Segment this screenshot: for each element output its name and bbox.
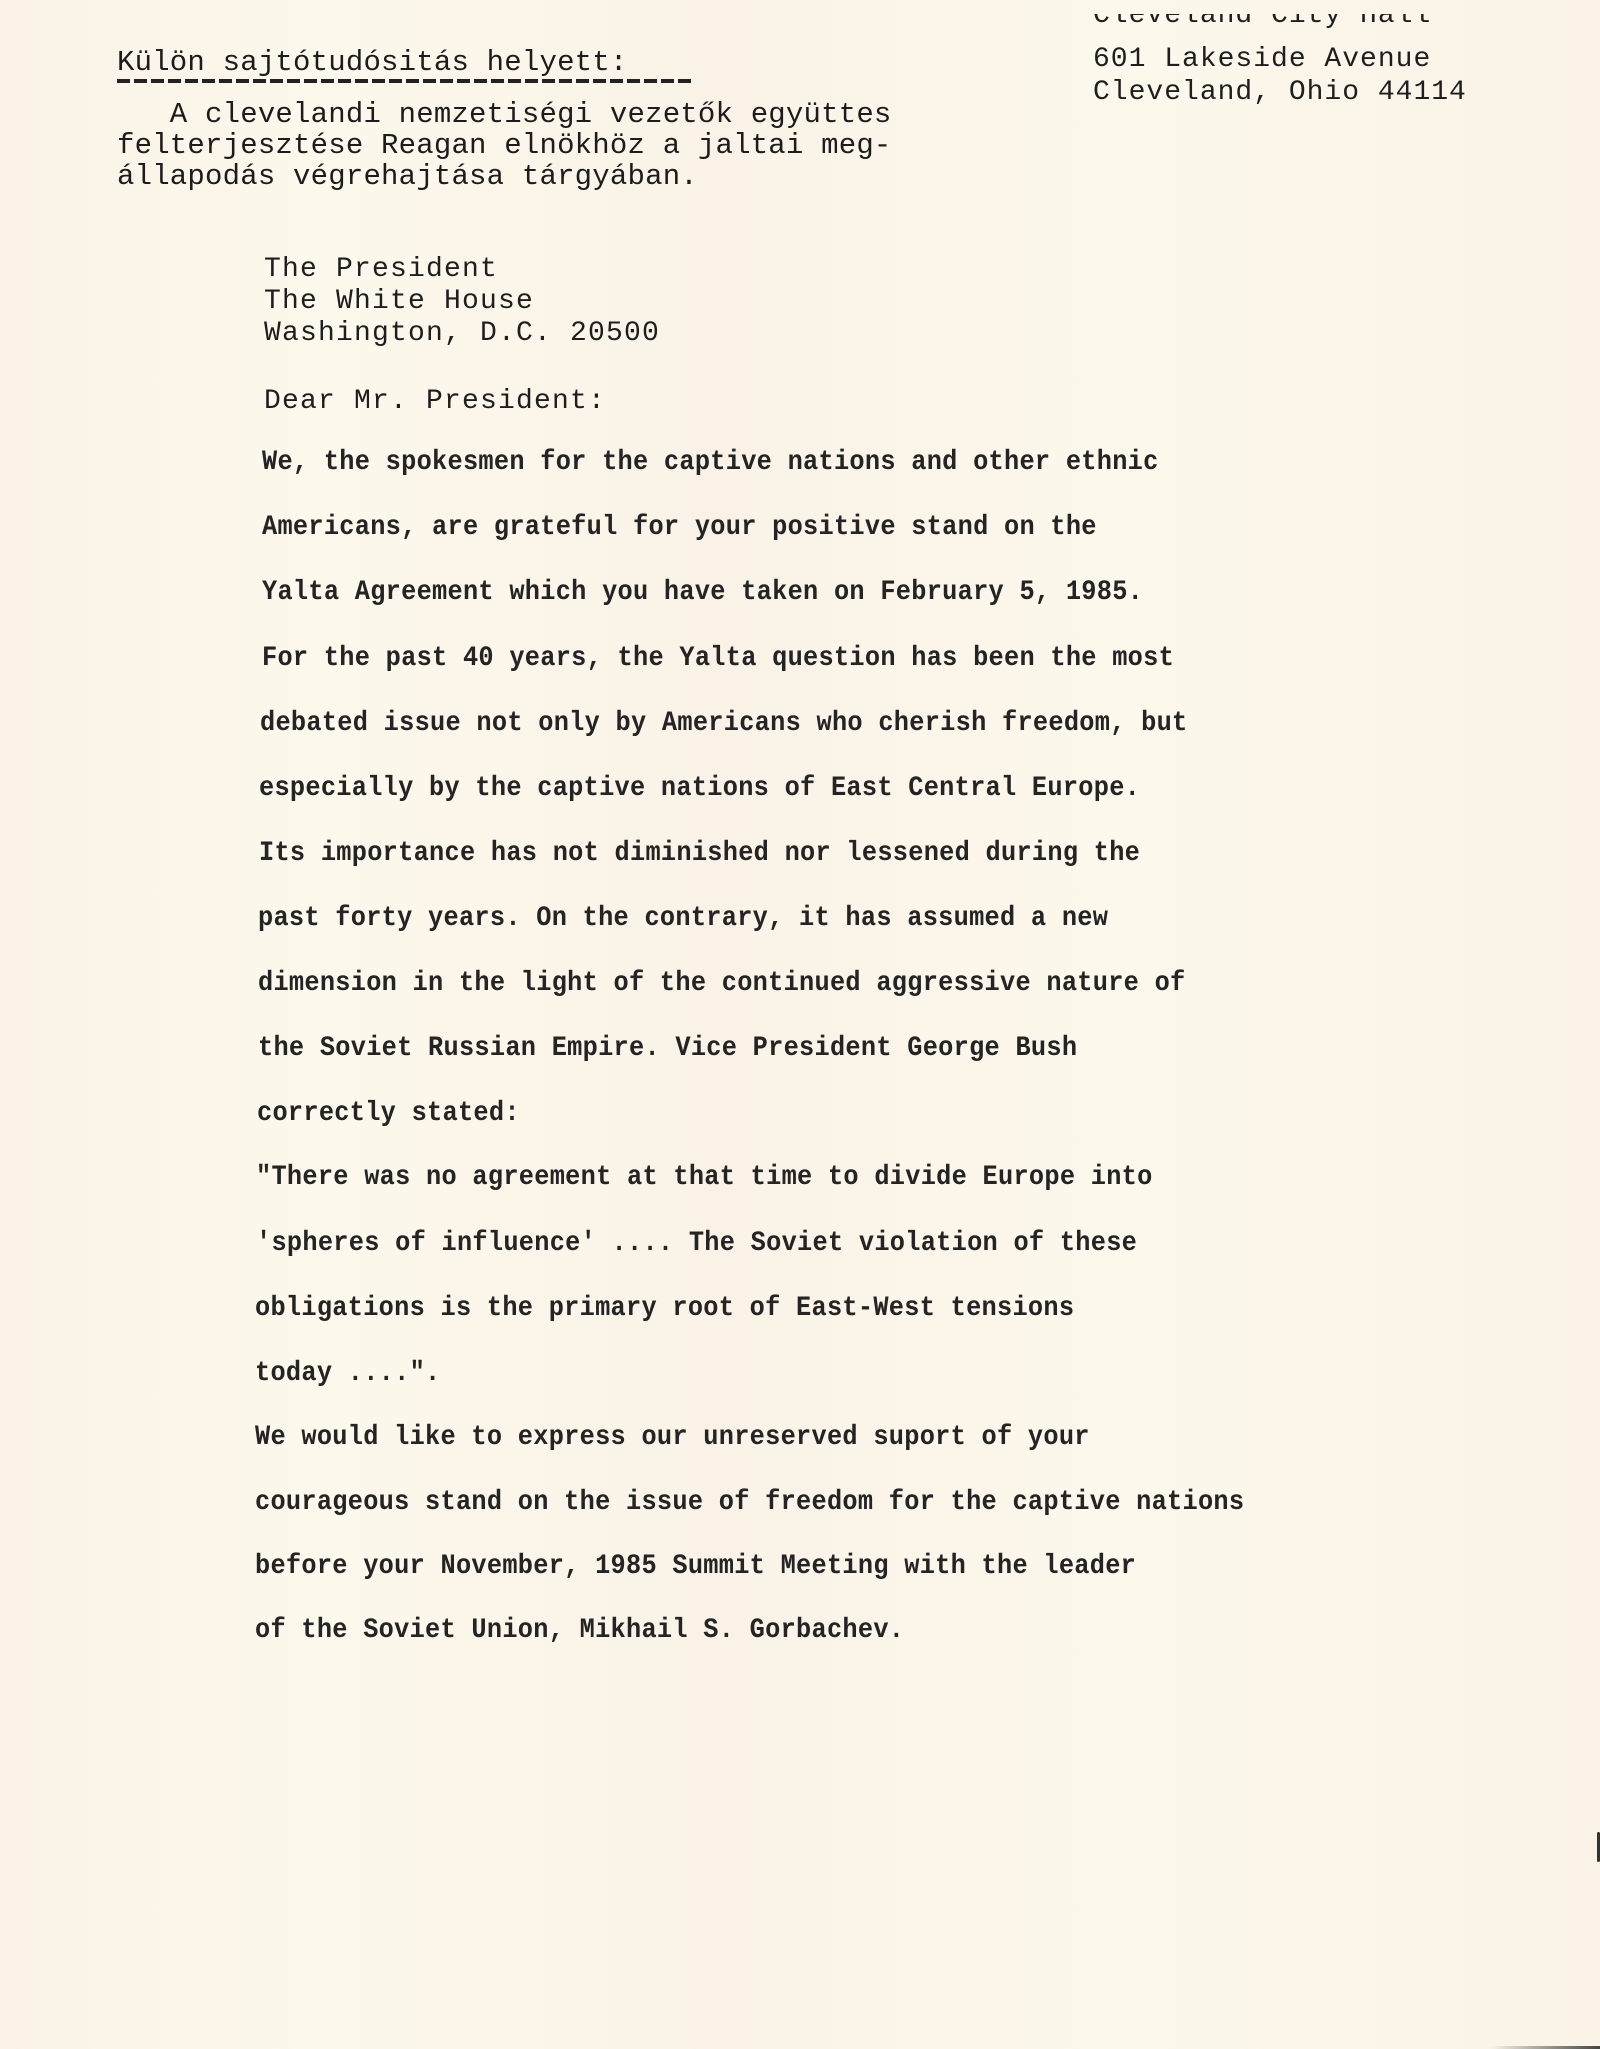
body-line: For the past 40 years, the Yalta questio… xyxy=(262,645,1174,673)
salutation: Dear Mr. President: xyxy=(264,388,606,416)
body-line: today ....". xyxy=(255,1360,441,1388)
header-note-line-3: állapodás végrehajtása tárgyában. xyxy=(117,162,698,191)
body-line: 'spheres of influence' .... The Soviet v… xyxy=(256,1230,1137,1258)
header-note-line-1: A clevelandi nemzetiségi vezetők együtte… xyxy=(117,100,892,129)
body-line: courageous stand on the issue of freedom… xyxy=(255,1489,1244,1517)
sender-address-line-2: 601 Lakeside Avenue xyxy=(1093,46,1431,74)
recipient-line-1: The President xyxy=(264,256,498,284)
body-line: correctly stated: xyxy=(257,1100,520,1128)
body-line: obligations is the primary root of East-… xyxy=(255,1295,1074,1323)
recipient-line-3: Washington, D.C. 20500 xyxy=(264,320,660,348)
body-line: of the Soviet Union, Mikhail S. Gorbache… xyxy=(255,1617,904,1645)
body-line: Its importance has not diminished nor le… xyxy=(259,840,1140,868)
body-line: past forty years. On the contrary, it ha… xyxy=(258,905,1108,933)
body-line: the Soviet Russian Empire. Vice Presiden… xyxy=(258,1035,1077,1063)
body-line: Americans, are grateful for your positiv… xyxy=(262,514,1097,542)
body-line: before your November, 1985 Summit Meetin… xyxy=(255,1553,1136,1581)
body-line: debated issue not only by Americans who … xyxy=(260,710,1188,738)
body-line: We would like to express our unreserved … xyxy=(255,1424,1090,1452)
dashed-underline xyxy=(117,79,691,83)
body-line: "There was no agreement at that time to … xyxy=(256,1164,1153,1192)
letter-page: Külön sajtótudósitás helyett: A clevelan… xyxy=(0,0,1600,2049)
sender-address-line-3: Cleveland, Ohio 44114 xyxy=(1093,79,1467,107)
body-line: We, the spokesmen for the captive nation… xyxy=(262,449,1159,477)
body-line: dimension in the light of the continued … xyxy=(258,970,1186,998)
sender-address-line-1: Cleveland City Hall xyxy=(1093,14,1431,36)
recipient-line-2: The White House xyxy=(264,288,534,316)
header-note-title: Külön sajtótudósitás helyett: xyxy=(117,48,627,77)
body-line: especially by the captive nations of Eas… xyxy=(259,775,1140,803)
header-note-line-2: felterjesztése Reagan elnökhöz a jaltai … xyxy=(117,131,892,160)
body-line: Yalta Agreement which you have taken on … xyxy=(262,579,1143,607)
sender-address-line-1-text: Cleveland City Hall xyxy=(1093,14,1431,30)
